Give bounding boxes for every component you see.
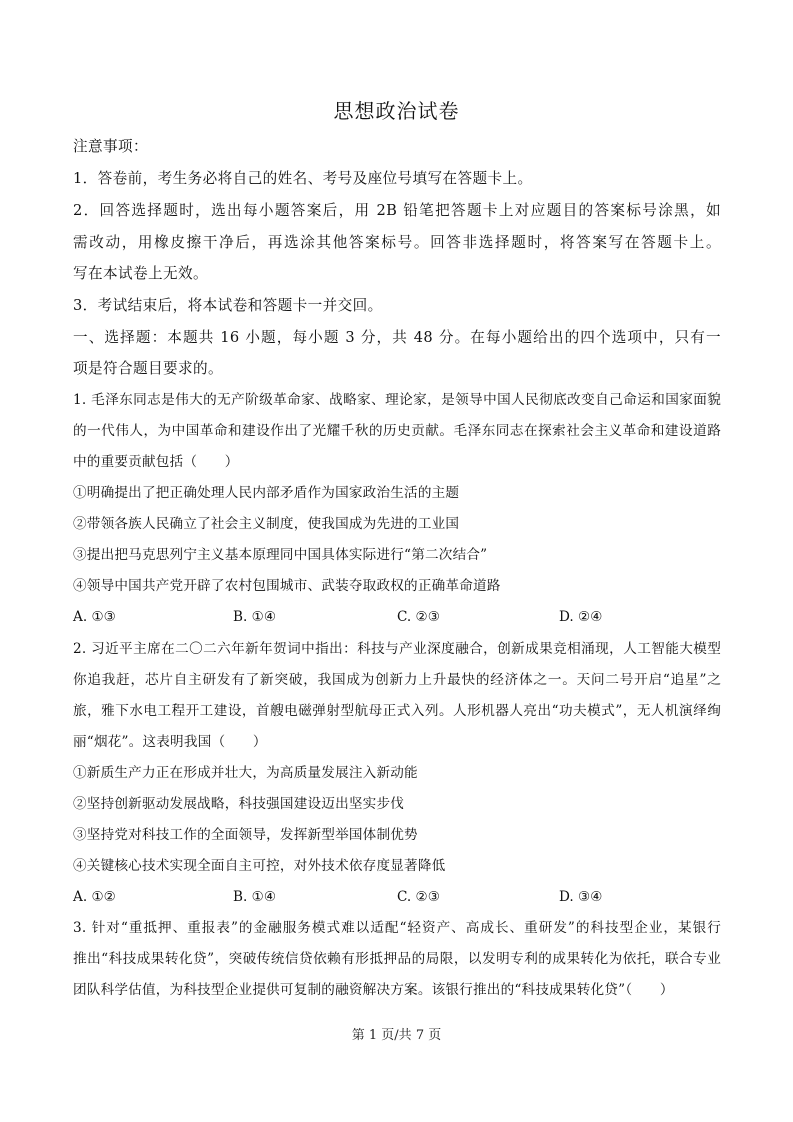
question-1-stem: 中的重要贡献包括（ ） (73, 452, 721, 472)
option-b[interactable]: B. ①④ (233, 887, 276, 907)
option-a[interactable]: A. ①③ (73, 607, 116, 627)
question-1-stem: 1. 毛泽东同志是伟大的无产阶级革命家、战略家、理论家，是领导中国人民彻底改变自… (73, 390, 721, 410)
notice-item-1: 1．答卷前，考生务必将自己的姓名、考号及座位号填写在答题卡上。 (73, 169, 721, 189)
section-heading: 一、选择题：本题共 16 小题，每小题 3 分，共 48 分。在每小题给出的四个… (73, 328, 721, 348)
question-1-stem: 的一代伟人，为中国革命和建设作出了光耀千秋的历史贡献。毛泽东同志在探索社会主义革… (73, 421, 721, 441)
option-c[interactable]: C. ②③ (397, 607, 440, 627)
notice-item-2-cont: 需改动，用橡皮擦干净后，再选涂其他答案标号。回答非选择题时，将答案写在答题卡上。 (73, 233, 721, 253)
notice-item-3: 3．考试结束后，将本试卷和答题卡一并交回。 (73, 296, 721, 316)
question-1-statement: ④领导中国共产党开辟了农村包围城市、武装夺取政权的正确革命道路 (73, 576, 721, 596)
question-2-statement: ①新质生产力正在形成并壮大，为高质量发展注入新动能 (73, 763, 721, 783)
notice-item-2: 2．回答选择题时，选出每小题答案后，用 2B 铅笔把答题卡上对应题目的答案标号涂… (73, 201, 721, 221)
question-3-stem: 团队科学估值，为科技型企业提供可复制的融资解决方案。该银行推出的“科技成果转化贷… (73, 980, 721, 1000)
option-a[interactable]: A. ①② (73, 887, 116, 907)
question-2-statement: ④关键核心技术实现全面自主可控，对外技术依存度显著降低 (73, 856, 721, 876)
notice-heading: 注意事项： (73, 137, 721, 157)
question-2-statement: ②坚持创新驱动发展战略，科技强国建设迈出坚实步伐 (73, 794, 721, 814)
question-1-statement: ②带领各族人民确立了社会主义制度，使我国成为先进的工业国 (73, 514, 721, 534)
question-3-stem: 推出“科技成果转化贷”，突破传统信贷依赖有形抵押品的局限，以发明专利的成果转化为… (73, 949, 721, 969)
section-heading-cont: 项是符合题目要求的。 (73, 359, 721, 379)
question-3-stem: 3. 针对“重抵押、重报表”的金融服务模式难以适配“轻资产、高成长、重研发”的科… (73, 918, 721, 938)
question-2-stem: 2. 习近平主席在二〇二六年新年贺词中指出：科技与产业深度融合，创新成果竞相涌现… (73, 639, 721, 659)
option-d[interactable]: D. ②④ (559, 607, 602, 627)
question-2-stem: 旅，雅下水电工程开工建设，首艘电磁弹射型航母正式入列。人形机器人亮出“功夫模式”… (73, 701, 721, 721)
question-1-statement: ①明确提出了把正确处理人民内部矛盾作为国家政治生活的主题 (73, 483, 721, 503)
exam-page: 思想政治试卷 注意事项： 1．答卷前，考生务必将自己的姓名、考号及座位号填写在答… (0, 0, 793, 1122)
option-b[interactable]: B. ①④ (233, 607, 276, 627)
question-1-statement: ③提出把马克思列宁主义基本原理同中国具体实际进行“第二次结合” (73, 545, 721, 565)
page-title: 思想政治试卷 (0, 95, 793, 124)
option-c[interactable]: C. ②③ (397, 887, 440, 907)
question-2-stem: 丽“烟花”。这表明我国（ ） (73, 732, 721, 752)
option-d[interactable]: D. ③④ (559, 887, 602, 907)
question-2-stem: 你追我赶，芯片自主研发有了新突破，我国成为创新力上升最快的经济体之一。天问二号开… (73, 670, 721, 690)
notice-item-2-end: 写在本试卷上无效。 (73, 264, 721, 284)
page-footer: 第 1 页/共 7 页 (0, 1024, 793, 1043)
question-2-statement: ③坚持党对科技工作的全面领导，发挥新型举国体制优势 (73, 825, 721, 845)
